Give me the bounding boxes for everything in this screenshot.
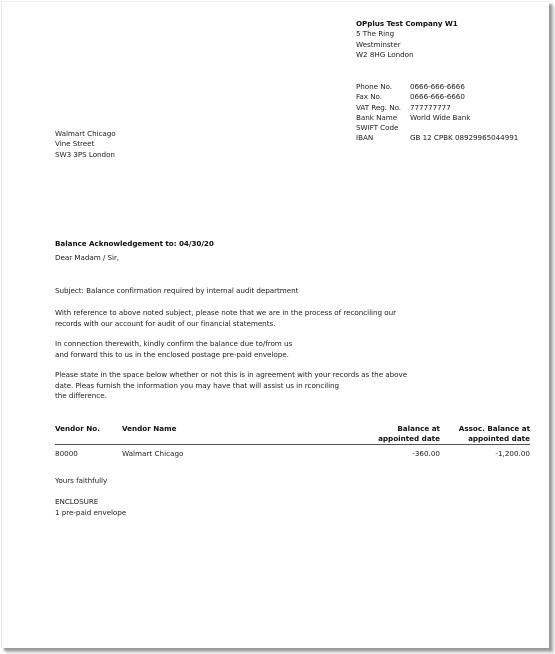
letter-title: Balance Acknowledgement to: 04/30/20	[55, 239, 214, 249]
recipient-address-line: SW3 3PS London	[55, 150, 116, 160]
sender-company: OPplus Test Company W1	[356, 19, 458, 29]
enclosure-heading: ENCLOSURE	[55, 497, 126, 508]
cell-balance: -360.00	[412, 449, 440, 459]
sender-address-line: Westminster	[356, 40, 458, 50]
balance-table: Vendor No. Vendor Name Balance at appoin…	[55, 424, 530, 459]
header-balance-line: Balance at	[378, 424, 440, 434]
cell-vendor-no: 80000	[55, 449, 78, 459]
paragraph-confirmation: In connection therewith, kindly confirm …	[55, 339, 292, 360]
contact-label: Phone No.	[356, 82, 410, 92]
contact-value: 0666-666-6660	[410, 92, 465, 102]
paragraph-line: the difference.	[55, 391, 407, 402]
contact-phone: Phone No. 0666-666-6666	[356, 82, 518, 92]
contact-value: GB 12 CPBK 08929965044991	[410, 133, 518, 143]
paragraph-line: date. Pleas furnish the information you …	[55, 381, 407, 392]
contact-label: Fax No.	[356, 92, 410, 102]
letter-subject: Subject: Balance confirmation required b…	[55, 286, 298, 296]
enclosure-item: 1 pre-paid envelope	[55, 508, 126, 519]
header-vendor-no: Vendor No.	[55, 424, 100, 434]
cell-assoc-balance: -1,200.00	[495, 449, 530, 459]
paragraph-line: With reference to above noted subject, p…	[55, 308, 396, 319]
contact-swift: SWIFT Code	[356, 123, 518, 133]
contact-vat: VAT Reg. No. 777777777	[356, 103, 518, 113]
paragraph-line: Please state in the space below whether …	[55, 370, 407, 381]
table-header: Vendor No. Vendor Name Balance at appoin…	[55, 424, 530, 445]
contact-value: 777777777	[410, 103, 451, 113]
contact-value: World Wide Bank	[410, 113, 470, 123]
header-vendor-name: Vendor Name	[122, 424, 177, 434]
paragraph-line: In connection therewith, kindly confirm …	[55, 339, 292, 350]
header-assoc-balance: Assoc. Balance at appointed date	[459, 424, 530, 444]
recipient-name: Walmart Chicago	[55, 129, 116, 139]
contact-value: 0666-666-6666	[410, 82, 465, 92]
letter-closing: Yours faithfully	[55, 476, 107, 486]
document-page: OPplus Test Company W1 5 The Ring Westmi…	[1, 1, 549, 648]
contact-fax: Fax No. 0666-666-6660	[356, 92, 518, 102]
header-balance-line: appointed date	[378, 434, 440, 444]
sender-address-line: W2 8HG London	[356, 50, 458, 60]
paragraph-line: and forward this to us in the enclosed p…	[55, 350, 292, 361]
paragraph-agreement: Please state in the space below whether …	[55, 370, 407, 402]
contact-block: Phone No. 0666-666-6666 Fax No. 0666-666…	[356, 82, 518, 144]
letter-greeting: Dear Madam / Sir,	[55, 253, 119, 263]
header-assoc-line: appointed date	[459, 434, 530, 444]
contact-label: IBAN	[356, 133, 410, 143]
sender-address-line: 5 The Ring	[356, 29, 458, 39]
contact-label: Bank Name	[356, 113, 410, 123]
contact-iban: IBAN GB 12 CPBK 08929965044991	[356, 133, 518, 143]
enclosure-block: ENCLOSURE 1 pre-paid envelope	[55, 497, 126, 518]
recipient-block: Walmart Chicago Vine Street SW3 3PS Lond…	[55, 129, 116, 160]
paragraph-reference: With reference to above noted subject, p…	[55, 308, 396, 329]
table-row: 80000 Walmart Chicago -360.00 -1,200.00	[55, 445, 530, 459]
header-balance: Balance at appointed date	[378, 424, 440, 444]
contact-label: SWIFT Code	[356, 123, 410, 133]
cell-vendor-name: Walmart Chicago	[122, 449, 183, 459]
paragraph-line: records with our account for audit of ou…	[55, 319, 396, 330]
recipient-address-line: Vine Street	[55, 139, 116, 149]
header-assoc-line: Assoc. Balance at	[459, 424, 530, 434]
sender-block: OPplus Test Company W1 5 The Ring Westmi…	[356, 19, 458, 60]
contact-bank: Bank Name World Wide Bank	[356, 113, 518, 123]
contact-label: VAT Reg. No.	[356, 103, 410, 113]
